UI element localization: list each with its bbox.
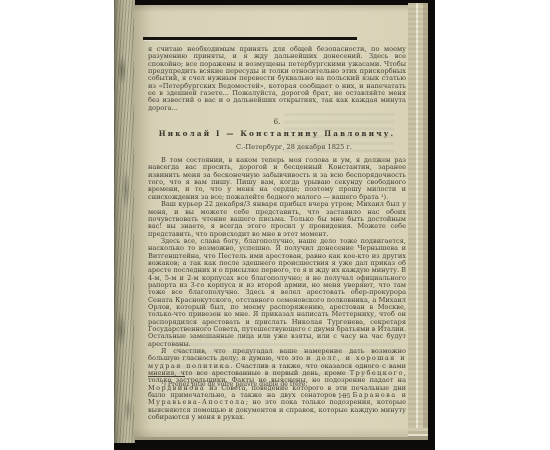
left-page-edges-smudges [114, 0, 135, 443]
section-divider-rule [144, 37, 357, 40]
page-number: 105 [338, 393, 351, 400]
letter-heading: Николай I — Константину Павловичу. [148, 129, 406, 138]
book-page: я считаю необходимым принять для общей б… [134, 5, 408, 437]
right-page-edges [408, 3, 428, 437]
footnote: ¹) Prenez pitié de votre pauvre diable d… [148, 381, 406, 388]
letter-paragraph: В том состоянии, в каком теперь моя голо… [148, 157, 406, 201]
letter-paragraph: Здесь все, слава богу, благополучно, наш… [148, 238, 406, 348]
continuation-paragraph: я считаю необходимым принять для общей б… [148, 46, 406, 112]
letter-paragraph: Ваш курьер 22 декабря/3 января прибыл вч… [148, 201, 406, 238]
dateline: С.-Петербург, 28 декабря 1825 г. [165, 143, 423, 151]
letter-number: 6. [148, 118, 406, 126]
text-column: я считаю необходимым принять для общей б… [148, 46, 406, 421]
footnote-rule [148, 376, 185, 377]
book-photo: я считаю необходимым принять для общей б… [114, 0, 435, 450]
